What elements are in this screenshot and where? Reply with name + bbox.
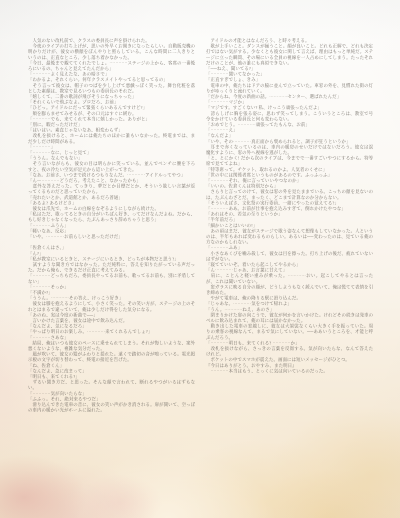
text-column-left: 人気のない改札前で、クラスの委員長に声を掛けられた。 今夜のライブの打ち上げが、…	[28, 38, 195, 482]
scanned-novel-page: 人気のない改札前で、クラスの委員長に声を掛けられた。 今夜のライブの打ち上げが、…	[0, 0, 400, 518]
novel-text-right: アイドルの才能とはなんだろう、と時々考える。 歌が上手いこと。ダンスが揃うこと。…	[206, 38, 373, 482]
text-column-right: アイドルの才能とはなんだろう、と時々考える。 歌が上手いこと。ダンスが揃うこと。…	[206, 38, 373, 482]
novel-text-left: 人気のない改札前で、クラスの委員長に声を掛けられた。 今夜のライブの打ち上げが、…	[28, 38, 195, 482]
